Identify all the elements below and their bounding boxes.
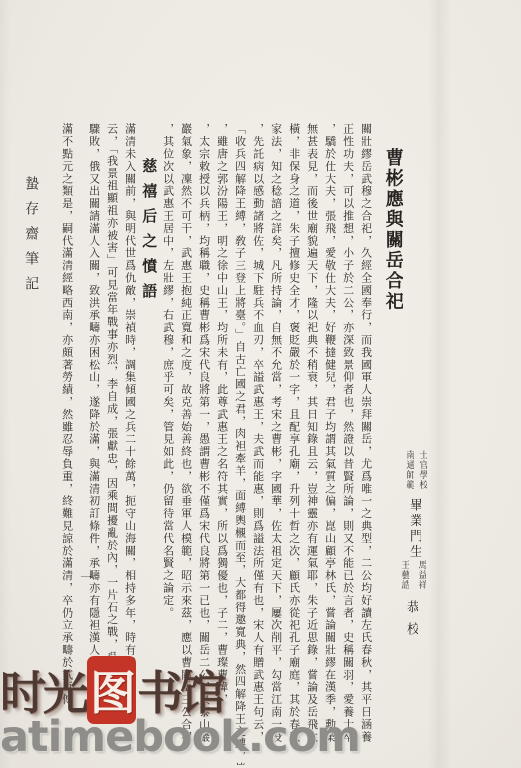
- credit-school-left: 南通師範: [404, 450, 414, 500]
- spine-book-title: 蟄存齋筆記: [23, 176, 39, 316]
- credit-label: 畢業門生: [406, 498, 421, 562]
- scanned-book-page: 曹彬應與關岳合祀 士官學校 南通師範 畢業門生 馬益祥 王藝誥 恭校 關壯繆岳武…: [0, 0, 521, 768]
- article1-column-6: 家法，知之稔諳之詳矣，凡所持論，自無不允當，考宋之曹彬，字國華，佐太祖定天下，屢…: [269, 123, 282, 765]
- credit-school-right: 士官學校: [417, 450, 427, 500]
- article1-column-4: 無甚表見，而後世廟貌遍天下，隆以祀典不稍衰，其日知錄且云，豈神靈亦有運氣耶，朱子…: [305, 123, 318, 765]
- credit-suffix: 恭校: [403, 600, 418, 652]
- article1-column-1: 關壯繆岳武穆之合祀，久經全國奉行，而我國軍人崇拜關岳，尤爲唯一之典型，二公均好讀…: [359, 123, 372, 765]
- article1-column-2: 正性功夫，可以推想，小子於二公，亦深致景仰者也，然證以昔賢所論，則又不能已於言者…: [341, 123, 354, 765]
- article1-title: 曹彬應與關岳合祀: [382, 148, 403, 328]
- credit-name-left: 王藝誥: [399, 560, 409, 604]
- website-watermark: atimebook.com: [0, 712, 360, 762]
- scan-fold-shading: [428, 0, 452, 768]
- left-edge-shading: [0, 0, 10, 768]
- credit-name-right: 馬益祥: [416, 560, 426, 604]
- article1-column-3: ，驕於仕大夫，張飛，愛敬仕大夫，好鞭撻健兒，君子均謂其氣質之偏，崑山顧亭林氏，嘗…: [323, 123, 336, 765]
- article1-column-7: ，先託病以感動諸將佐，城下駐兵不血刃，卒謚武惠王，夫武而能惠，則爲謚法所僅有也，…: [251, 123, 264, 765]
- page-number: 一: [78, 571, 92, 591]
- article1-column-8: 「收兵四解降王縛，敎子三登上將臺。」自古亡國之君，肉袒牽羊，面縛輿櫬而至，大都得…: [233, 123, 246, 765]
- article1-column-5: 橫，非保身之道，朱子擅修史全才，褒貶嚴於一字，且配享孔廟，升列十哲之次，顧氏亦從…: [287, 123, 300, 765]
- article2-title: 慈禧后之憤語: [140, 158, 157, 328]
